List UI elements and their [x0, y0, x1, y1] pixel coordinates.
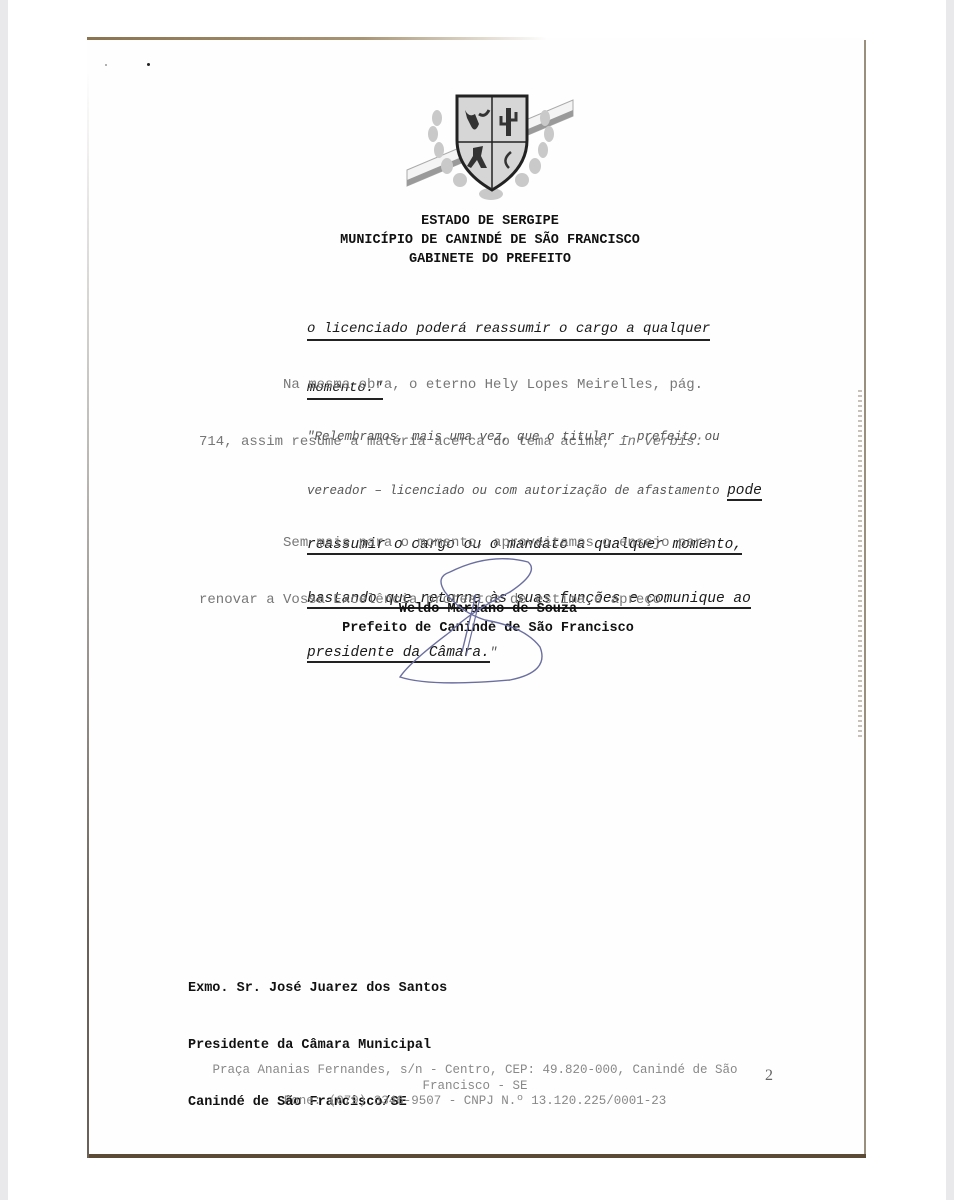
page-edge-left — [87, 70, 89, 1158]
ink-speck — [147, 63, 150, 66]
addressee-title: Presidente da Câmara Municipal — [188, 1036, 447, 1055]
footer-line: Fone: (079) 3346-9507 - CNPJ N.º 13.120.… — [195, 1094, 755, 1110]
background-margin-right — [946, 0, 954, 1200]
page-edge-bottom — [87, 1154, 866, 1158]
paragraph-line: Sem mais para o momento, aproveitamos o … — [199, 534, 711, 553]
footer-line: Francisco - SE — [195, 1079, 755, 1095]
page-edge-top — [87, 37, 547, 40]
page-number: 2 — [765, 1067, 773, 1085]
quote-emphasis: pode — [727, 483, 762, 501]
footer-line: Praça Ananias Fernandes, s/n - Centro, C… — [195, 1063, 755, 1079]
coat-of-arms-icon — [405, 90, 577, 202]
quote-line: "Relembramos, mais uma vez, que o titula… — [307, 428, 762, 446]
addressee-name: Exmo. Sr. José Juarez dos Santos — [188, 979, 447, 998]
ink-speck — [105, 64, 107, 66]
letterhead-state: ESTADO DE SERGIPE — [240, 212, 740, 231]
page-edge-right — [864, 40, 866, 1156]
letterhead-municipality: MUNICÍPIO DE CANINDÉ DE SÃO FRANCISCO — [240, 231, 740, 250]
letterhead-office: GABINETE DO PREFEITO — [240, 250, 740, 269]
scan-margin-marks — [858, 390, 862, 740]
footer-address: Praça Ananias Fernandes, s/n - Centro, C… — [195, 1063, 755, 1110]
letterhead: ESTADO DE SERGIPE MUNICÍPIO DE CANINDÉ D… — [240, 212, 740, 269]
handwritten-signature — [390, 552, 560, 687]
background-margin-left — [0, 0, 8, 1200]
